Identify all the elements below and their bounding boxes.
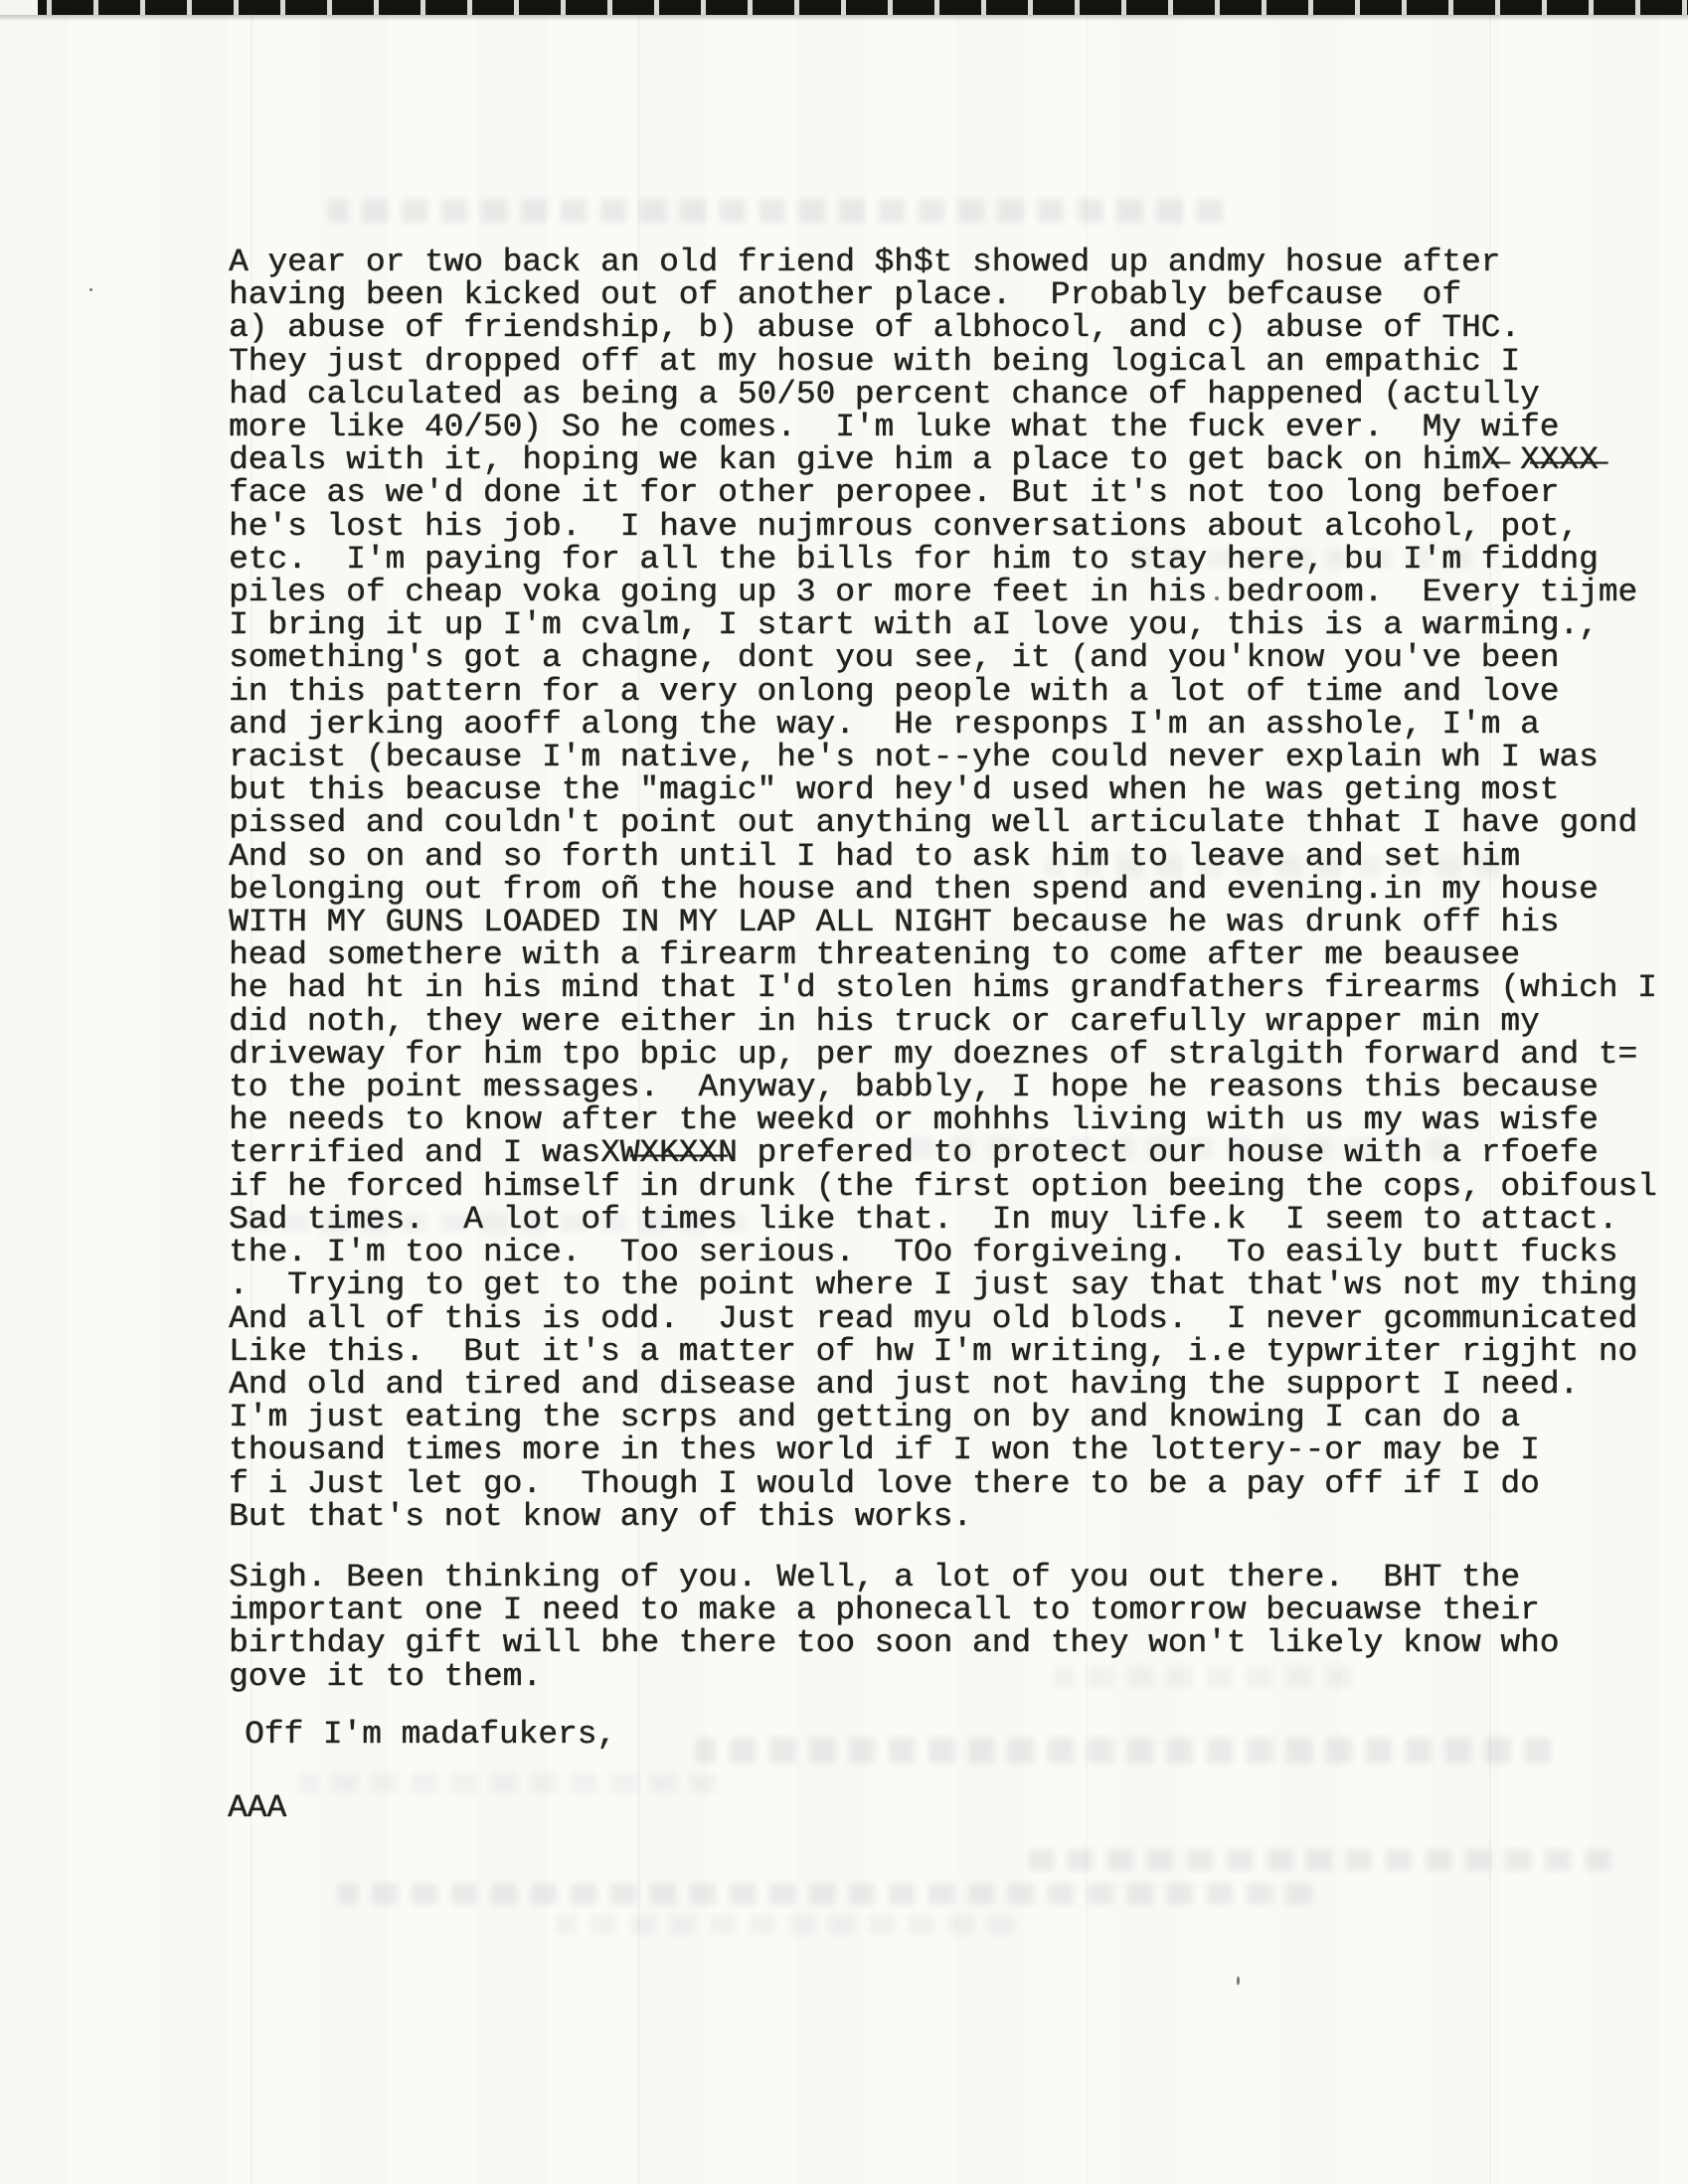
bleed-through-smudge: [338, 1883, 1312, 1905]
letter-closing-paragraph: Sigh. Been thinking of you. Well, a lot …: [229, 1561, 1559, 1693]
scan-speck: [1237, 1976, 1240, 1985]
scanner-edge-bar: [0, 0, 1688, 15]
scan-speck: [89, 288, 92, 291]
letter-initials: AAA: [228, 1791, 286, 1824]
scanner-edge-shadow: [0, 15, 1688, 21]
bleed-through-smudge: [328, 199, 1223, 223]
letter-body-paragraph: A year or two back an old friend $h$t sh…: [229, 246, 1657, 1533]
letter-signoff: Off I'm madafukers,: [245, 1718, 616, 1751]
scanned-letter-page: A year or two back an old friend $h$t sh…: [0, 0, 1688, 2184]
bleed-through-smudge: [1014, 1849, 1610, 1871]
bleed-through-smudge: [557, 1915, 1014, 1934]
bleed-through-smudge: [696, 1738, 1551, 1764]
bleed-through-smudge: [298, 1773, 716, 1793]
